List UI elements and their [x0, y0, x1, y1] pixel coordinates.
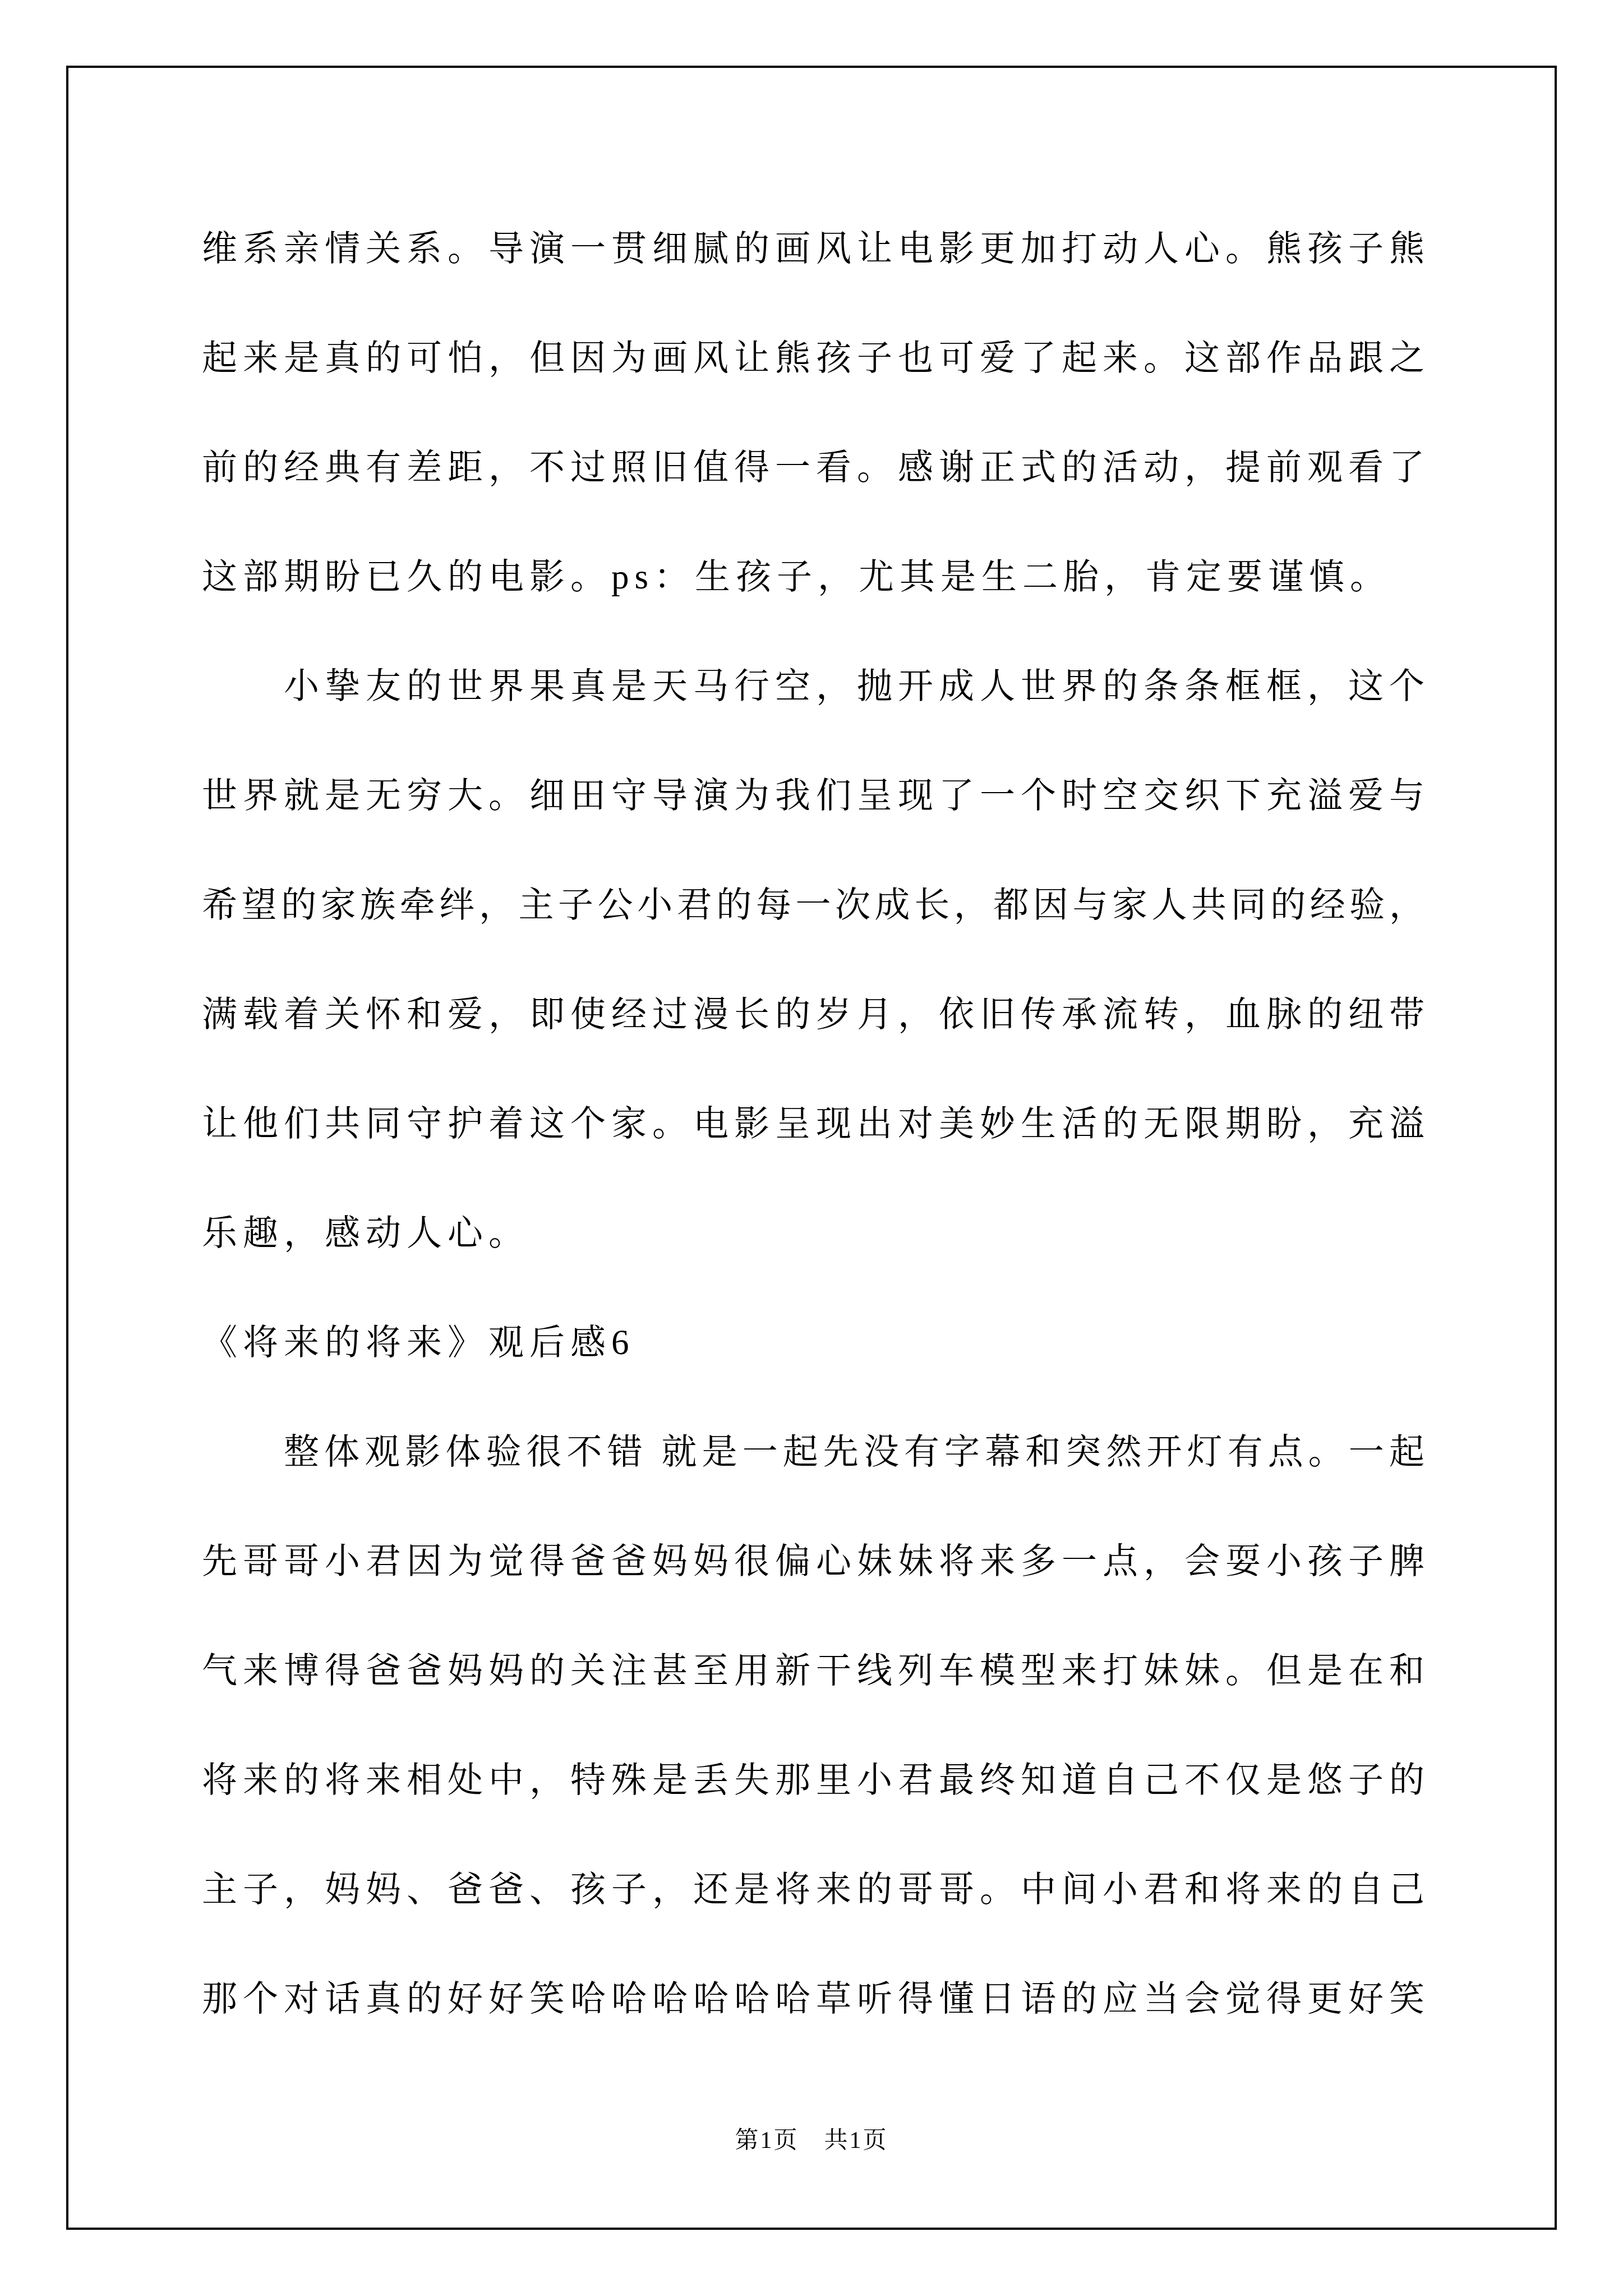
text-line: 乐趣，感动人心。 — [202, 1179, 1424, 1288]
text-line: 气来博得爸爸妈妈的关注甚至用新干线列车模型来打妹妹。但是在和 — [202, 1616, 1424, 1726]
text-line: 前的经典有差距，不过照旧值得一看。感谢正式的活动，提前观看了 — [202, 413, 1424, 522]
text-body: 维系亲情关系。导演一贯细腻的画风让电影更加打动人心。熊孩子熊起来是真的可怕，但因… — [202, 194, 1424, 2054]
text-line: 主子，妈妈、爸爸、孩子，还是将来的哥哥。中间小君和将来的自己 — [202, 1835, 1424, 1944]
text-line: 起来是真的可怕，但因为画风让熊孩子也可爱了起来。这部作品跟之 — [202, 303, 1424, 413]
text-line: 整体观影体验很不错 就是一起先没有字幕和突然开灯有点。一起 — [202, 1397, 1424, 1507]
text-line: 小挚友的世界果真是天马行空，抛开成人世界的条条框框，这个 — [202, 632, 1424, 741]
text-line: 让他们共同守护着这个家。电影呈现出对美妙生活的无限期盼，充溢 — [202, 1069, 1424, 1179]
text-line: 世界就是无穷大。细田守导演为我们呈现了一个时空交织下充溢爱与 — [202, 741, 1424, 850]
text-line: 先哥哥小君因为觉得爸爸妈妈很偏心妹妹将来多一点，会耍小孩子脾 — [202, 1507, 1424, 1616]
text-line: 希望的家族牵绊，主子公小君的每一次成长，都因与家人共同的经验， — [202, 850, 1424, 960]
text-line: 《将来的将来》观后感6 — [202, 1288, 1424, 1397]
text-line: 将来的将来相处中，特殊是丢失那里小君最终知道自己不仅是悠子的 — [202, 1726, 1424, 1835]
text-line: 这部期盼已久的电影。ps：生孩子，尤其是生二胎，肯定要谨慎。 — [202, 522, 1424, 632]
document-page: 维系亲情关系。导演一贯细腻的画风让电影更加打动人心。熊孩子熊起来是真的可怕，但因… — [0, 0, 1623, 2296]
text-line: 满载着关怀和爱，即使经过漫长的岁月，依旧传承流转，血脉的纽带 — [202, 960, 1424, 1069]
page-footer: 第1页 共1页 — [0, 2125, 1623, 2156]
text-line: 那个对话真的好好笑哈哈哈哈哈哈草听得懂日语的应当会觉得更好笑 — [202, 1944, 1424, 2054]
text-line: 维系亲情关系。导演一贯细腻的画风让电影更加打动人心。熊孩子熊 — [202, 194, 1424, 303]
